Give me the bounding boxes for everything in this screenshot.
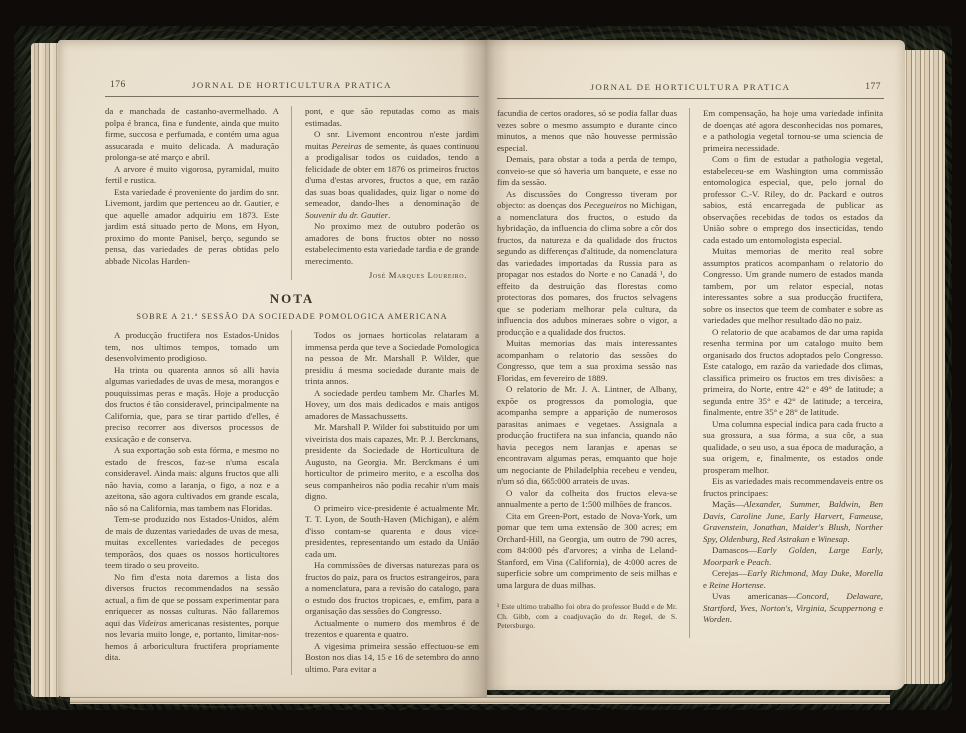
paragraph: O relatorio de Mr. J. A. Lintner, de Alb… [497,384,677,488]
paragraph: Todos os jornaes horticolas relataram a … [305,330,479,388]
running-head: JORNAL DE HORTICULTURA PRATICA 177 [497,82,884,96]
paragraph: O primeiro vice-presidente é actualmente… [305,503,479,561]
paragraph: Esta variedade é proveniente do jardim d… [105,187,279,268]
page-edges-left [31,43,59,697]
text-column-left: facundia de certos oradores, só se podia… [497,108,677,638]
journal-title: JORNAL DE HORTICULTURA PRATICA [497,82,884,92]
paragraph: A sociedade perdeu tambem Mr. Charles M.… [305,388,479,423]
paragraph: da e manchada de castanho-avermelhado. A… [105,106,279,164]
paragraph: Uvas americanas—Concord, Delaware, Start… [703,591,883,626]
running-head: 176 JORNAL DE HORTICULTURA PRATICA [105,80,479,94]
column-text: pont, e que são reputadas como as mais e… [305,106,479,267]
paragraph: A producção fructifera nos Estados-Unido… [105,330,279,365]
paragraph: A sua exportação sob esta fórma, e mesmo… [105,445,279,514]
text-column-right: Em compensação, ha hoje uma variedade in… [689,108,883,638]
paragraph: Actualmente o numero dos membros é de tr… [305,618,479,641]
header-rule [497,98,884,99]
paragraph: No proximo mez de outubro poderão os ama… [305,221,479,267]
paragraph: Tem-se produzido nos Estados-Unidos, alé… [105,514,279,572]
paragraph: Cita em Green-Port, estado de Nova-York,… [497,511,677,592]
paragraph: pont, e que são reputadas como as mais e… [305,106,479,129]
note-title: NOTA [105,291,479,307]
section-heading: NOTA SOBRE A 21.ª SESSÃO DA SOCIEDADE PO… [105,291,479,321]
paragraph: Maçãs—Alexander, Summer, Baldwin, Ben Da… [703,499,883,545]
page-176: 176 JORNAL DE HORTICULTURA PRATICA da e … [58,40,487,697]
paragraph: Ha commissões de diversas naturezas para… [305,560,479,618]
paragraph: Ha trinta ou quarenta annos só alli havi… [105,365,279,446]
paragraph: A arvore é muito vigorosa, pyramidal, mu… [105,164,279,187]
note-subtitle: SOBRE A 21.ª SESSÃO DA SOCIEDADE POMOLOG… [105,312,479,321]
text-column-left: A producção fructifera nos Estados-Unido… [105,330,279,675]
paragraph: O valor da colheita dos fructos eleva-se… [497,488,677,511]
page-177: JORNAL DE HORTICULTURA PRATICA 177 facun… [487,40,905,690]
paragraph: Em compensação, ha hoje uma variedade in… [703,108,883,154]
paragraph: Muitas memorias das mais interessantes a… [497,338,677,384]
paragraph: As discussões do Congresso tiveram por o… [497,189,677,339]
paragraph: Com o fim de estudar a pathologia vegeta… [703,154,883,246]
page-edges-right [903,50,945,684]
paragraph: No fim d'esta nota daremos a lista dos d… [105,572,279,664]
footnote: ¹ Este ultimo trabalho foi obra do profe… [497,602,677,631]
paragraph: Mr. Marshall P. Wilder foi substituido p… [305,422,479,503]
page-columns: facundia de certos oradores, só se podia… [497,108,884,638]
header-rule [105,96,479,97]
paragraph: O snr. Livemont encontrou n'este jardim … [305,129,479,221]
text-column-right: pont, e que são reputadas como as mais e… [291,106,479,280]
paragraph: O relatorio de que acabamos de dar uma r… [703,327,883,419]
paragraph: Eis as variedades mais recommendaveis en… [703,476,883,499]
text-column-right: Todos os jornaes horticolas relataram a … [291,330,479,675]
paragraph: A vigesima primeira sessão effectuou-se … [305,641,479,676]
book-photo: 176 JORNAL DE HORTICULTURA PRATICA da e … [0,0,966,733]
page-number: 176 [110,80,126,90]
note-columns: A producção fructifera nos Estados-Unido… [105,330,479,675]
author-signature: José Marques Loureiro. [305,270,467,280]
paragraph: Demais, para obstar a toda a perda de te… [497,154,677,189]
paragraph: Damascos—Early Golden, Large Early, Moor… [703,545,883,568]
paragraph: facundia de certos oradores, só se podia… [497,108,677,154]
text-column-left: da e manchada de castanho-avermelhado. A… [105,106,279,280]
paragraph: Uma columna especial indica para cada fr… [703,419,883,477]
column-text: facundia de certos oradores, só se podia… [497,108,677,591]
journal-title: JORNAL DE HORTICULTURA PRATICA [105,80,479,90]
paragraph: Cerejas—Early Richmond, May Duke, Morell… [703,568,883,591]
paragraph: Muitas memorias de merito real sobre ass… [703,246,883,327]
page-number: 177 [865,82,881,92]
top-columns: da e manchada de castanho-avermelhado. A… [105,106,479,280]
